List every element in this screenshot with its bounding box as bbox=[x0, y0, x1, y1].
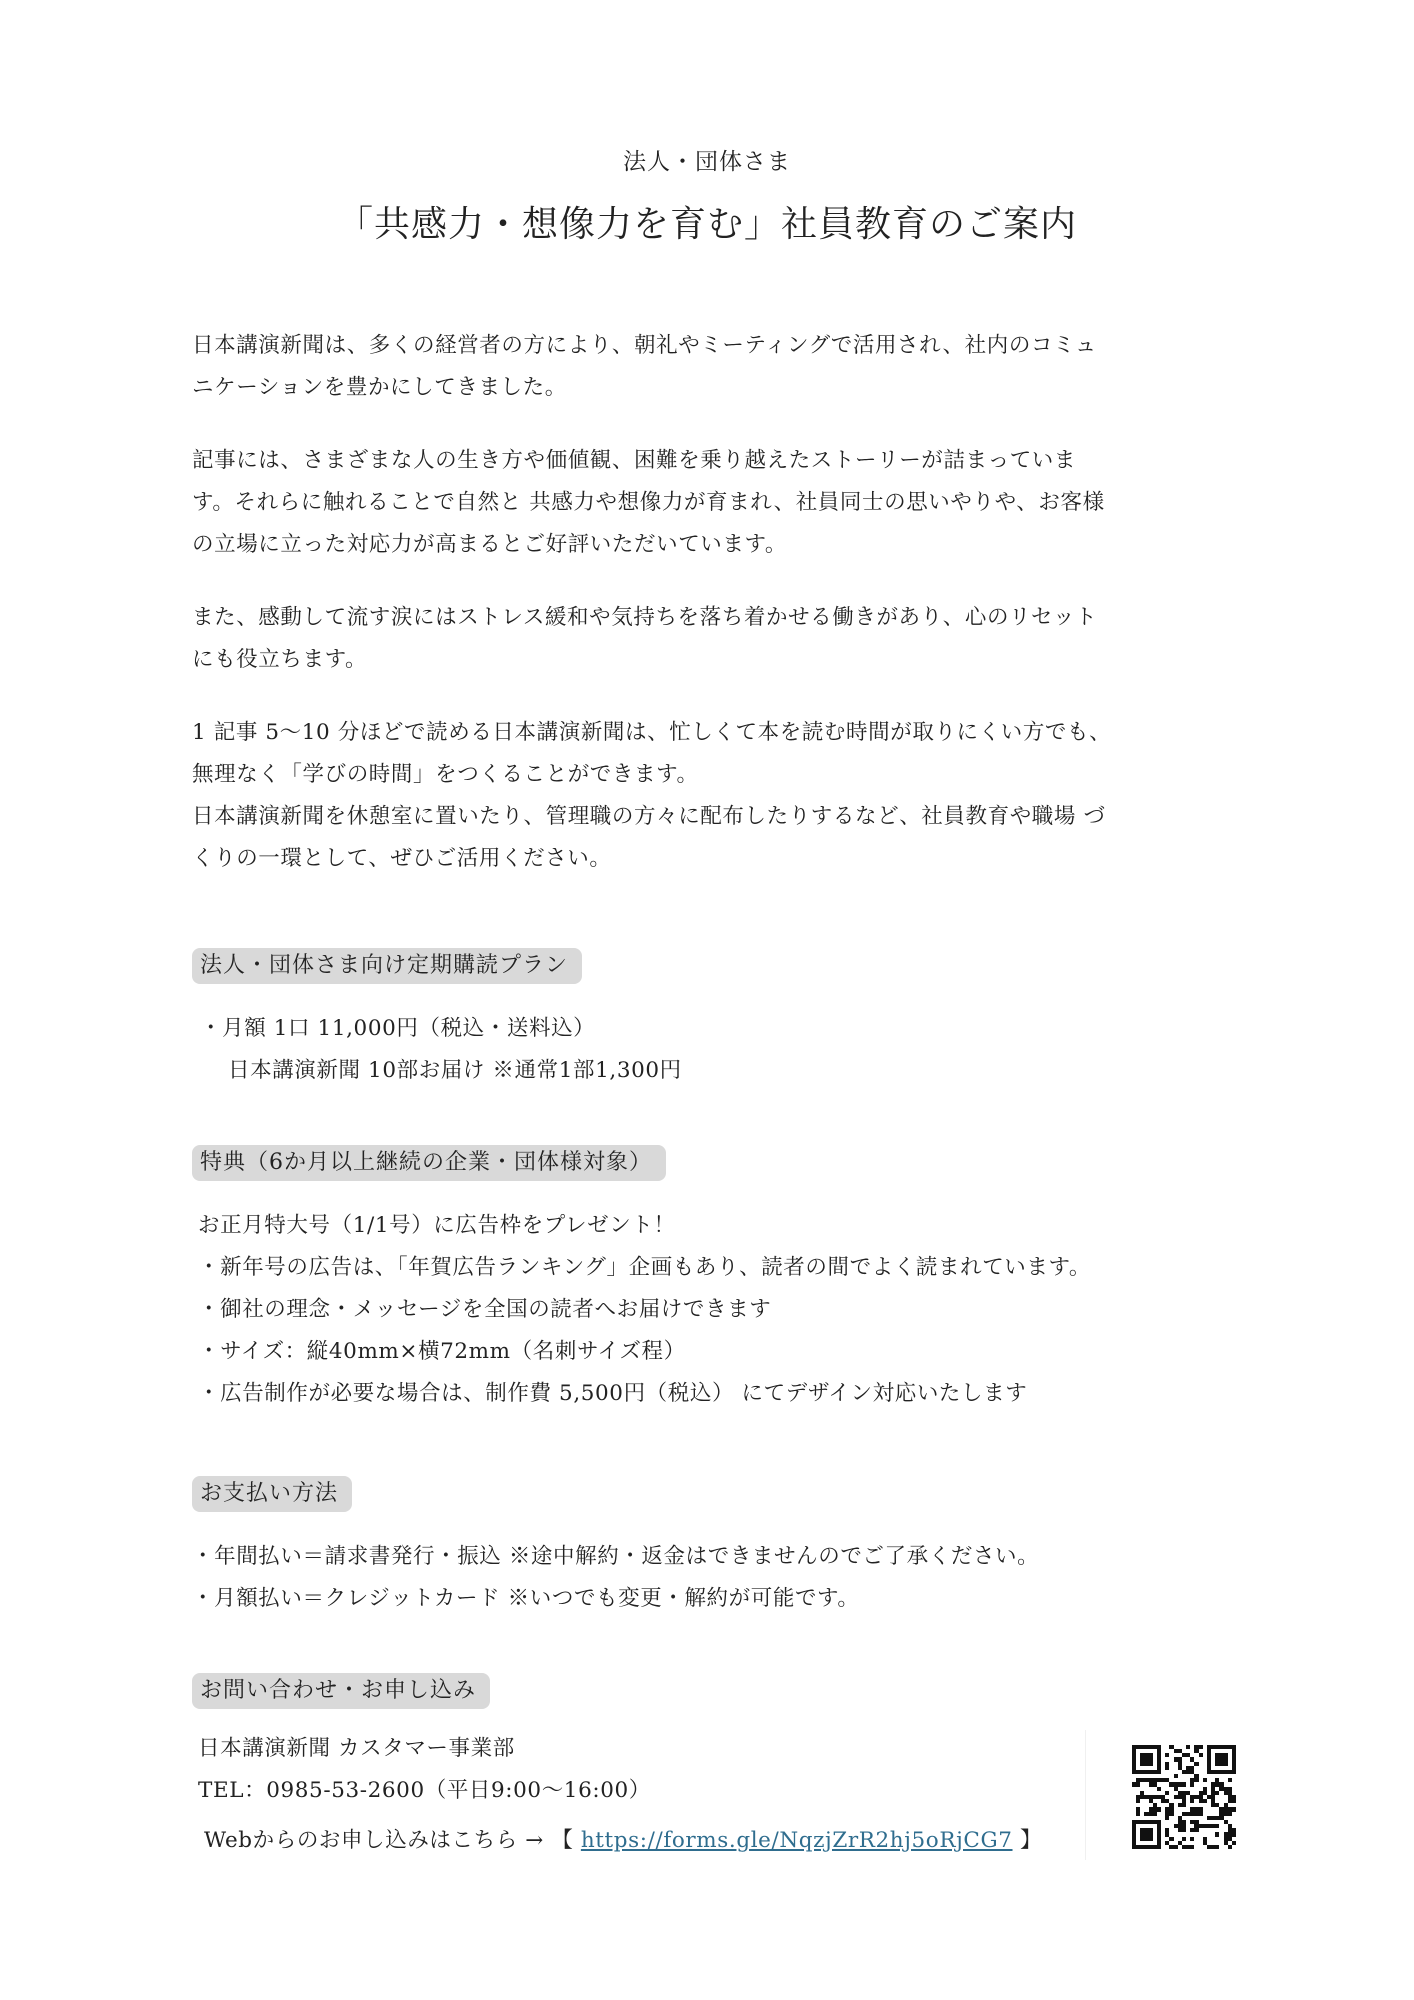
divider bbox=[1085, 1730, 1086, 1860]
text-line: す。それらに触れることで自然と 共感力や想像力が育まれ、社員同士の思いやりや、お… bbox=[192, 482, 1232, 524]
list-item: ・年間払い＝請求書発行・振込 ※途中解約・返金はできませんのでご了承ください。 bbox=[192, 1536, 1039, 1578]
intro-paragraph-4: 1 記事 5～10 分ほどで読める日本講演新聞は、忙しくて本を読む時間が取りにく… bbox=[192, 712, 1232, 880]
section-heading-contact: お問い合わせ・お申し込み bbox=[192, 1673, 490, 1709]
text-line: ニケーションを豊かにしてきました。 bbox=[192, 367, 1232, 409]
benefits-list: お正月特大号（1/1号）に広告枠をプレゼント！ ・新年号の広告は、「年賀広告ラン… bbox=[198, 1205, 1091, 1415]
section-heading-benefits: 特典（6か月以上継続の企業・団体様対象） bbox=[192, 1145, 666, 1181]
text-line: にも役立ちます。 bbox=[192, 639, 1232, 681]
plan-price: ・月額 1口 11,000円（税込・送料込） bbox=[200, 1008, 682, 1050]
intro-paragraph-2: 記事には、さまざまな人の生き方や価値観、困難を乗り越えたストーリーが詰まっていま… bbox=[192, 440, 1232, 566]
web-application-line: Webからのお申し込みはこちら → 【 https://forms.gle/Nq… bbox=[198, 1820, 1042, 1862]
payment-list: ・年間払い＝請求書発行・振込 ※途中解約・返金はできませんのでご了承ください。 … bbox=[192, 1536, 1039, 1620]
list-item: ・新年号の広告は、「年賀広告ランキング」企画もあり、読者の間でよく読まれています… bbox=[198, 1247, 1091, 1289]
text-line: の立場に立った対応力が高まるとご好評いただいています。 bbox=[192, 524, 1232, 566]
application-form-link[interactable]: https://forms.gle/NqzjZrR2hj5oRjCG7 bbox=[581, 1828, 1013, 1853]
web-suffix: 】 bbox=[1020, 1828, 1042, 1853]
qr-code-icon[interactable] bbox=[1132, 1745, 1236, 1849]
intro-paragraph-3: また、感動して流す涙にはストレス緩和や気持ちを落ち着かせる働きがあり、心のリセッ… bbox=[192, 597, 1232, 681]
contact-department: 日本講演新聞 カスタマー事業部 bbox=[198, 1728, 1042, 1770]
plan-delivery: 日本講演新聞 10部お届け ※通常1部1,300円 bbox=[200, 1050, 682, 1092]
list-item: ・広告制作が必要な場合は、制作費 5,500円（税込） にてデザイン対応いたしま… bbox=[198, 1373, 1091, 1415]
text-line: 1 記事 5～10 分ほどで読める日本講演新聞は、忙しくて本を読む時間が取りにく… bbox=[192, 712, 1232, 754]
page-title: 「共感力・想像力を育む」社員教育のご案内 bbox=[0, 196, 1414, 247]
contact-tel: TEL：0985-53-2600（平日9:00～16:00） bbox=[198, 1770, 1042, 1812]
section-heading-payment: お支払い方法 bbox=[192, 1476, 352, 1512]
text-line: 日本講演新聞は、多くの経営者の方により、朝礼やミーティングで活用され、社内のコミ… bbox=[192, 325, 1232, 367]
list-item: ・月額払い＝クレジットカード ※いつでも変更・解約が可能です。 bbox=[192, 1578, 1039, 1620]
intro-paragraph-1: 日本講演新聞は、多くの経営者の方により、朝礼やミーティングで活用され、社内のコミ… bbox=[192, 325, 1232, 409]
section-heading-plan: 法人・団体さま向け定期購読プラン bbox=[192, 948, 582, 984]
contact-info: 日本講演新聞 カスタマー事業部 TEL：0985-53-2600（平日9:00～… bbox=[198, 1728, 1042, 1862]
text-line: 記事には、さまざまな人の生き方や価値観、困難を乗り越えたストーリーが詰まっていま bbox=[192, 440, 1232, 482]
list-item: ・御社の理念・メッセージを全国の読者へお届けできます bbox=[198, 1289, 1091, 1331]
list-item: ・サイズ：縦40mm×横72mm（名刺サイズ程） bbox=[198, 1331, 1091, 1373]
plan-details: ・月額 1口 11,000円（税込・送料込） 日本講演新聞 10部お届け ※通常… bbox=[200, 1008, 682, 1092]
text-line: 日本講演新聞を休憩室に置いたり、管理職の方々に配布したりするなど、社員教育や職場… bbox=[192, 796, 1232, 838]
audience-label: 法人・団体さま bbox=[0, 143, 1414, 176]
text-line: くりの一環として、ぜひご活用ください。 bbox=[192, 838, 1232, 880]
web-prefix: Webからのお申し込みはこちら → 【 bbox=[204, 1828, 573, 1853]
benefits-lead: お正月特大号（1/1号）に広告枠をプレゼント！ bbox=[198, 1205, 1091, 1247]
text-line: 無理なく「学びの時間」をつくることができます。 bbox=[192, 754, 1232, 796]
text-line: また、感動して流す涙にはストレス緩和や気持ちを落ち着かせる働きがあり、心のリセッ… bbox=[192, 597, 1232, 639]
